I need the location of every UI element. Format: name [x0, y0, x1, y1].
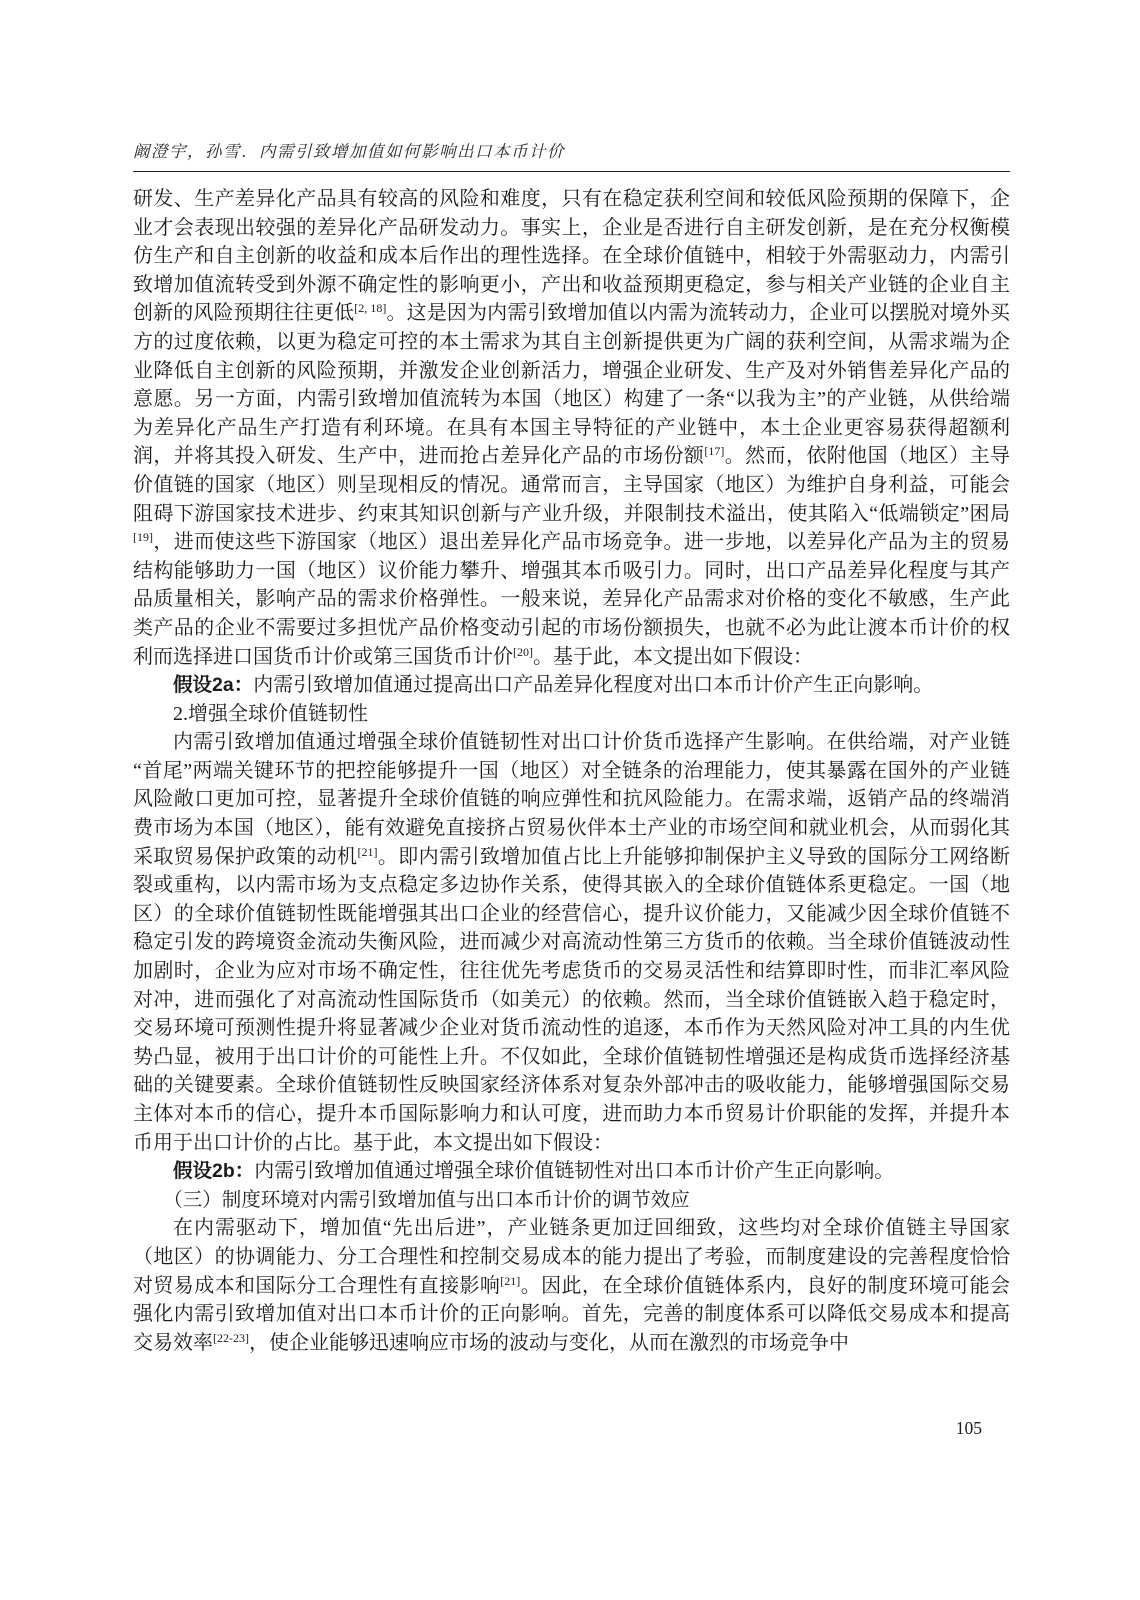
hypothesis-line: 假设2b：内需引致增加值通过增强全球价值链韧性对出口本币计价产生正向影响。: [133, 1157, 1010, 1186]
text-run: 内需引致增加值通过增强全球价值链韧性对出口本币计价产生正向影响。: [254, 1160, 894, 1182]
section-heading: （三）制度环境对内需引致增加值与出口本币计价的调节效应: [133, 1186, 1010, 1215]
citation-ref: [17]: [704, 444, 724, 458]
text-run: 2.增强全球价值链韧性: [173, 703, 368, 725]
paragraph: 内需引致增加值通过增强全球价值链韧性对出口计价货币选择产生影响。在供给端，对产业…: [133, 728, 1010, 1157]
page-number: 105: [956, 1418, 982, 1439]
paragraph: 研发、生产差异化产品具有较高的风险和难度，只有在稳定获利空间和较低风险预期的保障…: [133, 185, 1010, 671]
text-run: 内需引致增加值通过提高出口产品差异化程度对出口本币计价产生正向影响。: [253, 674, 933, 696]
numbered-subheading: 2.增强全球价值链韧性: [133, 700, 1010, 729]
text-run: 。这是因为内需引致增加值以内需为流转动力，企业可以摆脱对境外买方的过度依赖，以更…: [133, 302, 1010, 467]
citation-ref: [22-23]: [213, 1331, 249, 1345]
hypothesis-label: 假设2b：: [173, 1160, 254, 1182]
text-run: （三）制度环境对内需引致增加值与出口本币计价的调节效应: [163, 1189, 690, 1211]
running-head: 阚澄宇，孙雪．内需引致增加值如何影响出口本币计价: [133, 138, 1010, 171]
hypothesis-line: 假设2a：内需引致增加值通过提高出口产品差异化程度对出口本币计价产生正向影响。: [133, 671, 1010, 700]
citation-ref: [21]: [500, 1274, 520, 1288]
hypothesis-label: 假设2a：: [173, 674, 253, 696]
citation-ref: [19]: [133, 530, 153, 544]
citation-ref: [20]: [513, 645, 533, 659]
text-run: 。即内需引致增加值占比上升能够抑制保护主义导致的国际分工网络断裂或重构，以内需市…: [133, 846, 1010, 1154]
paper-page: 阚澄宇，孙雪．内需引致增加值如何影响出口本币计价 研发、生产差异化产品具有较高的…: [0, 0, 1140, 1600]
citation-ref: [2, 18]: [354, 301, 386, 315]
header-rule: [133, 171, 1010, 172]
article-body: 研发、生产差异化产品具有较高的风险和难度，只有在稳定获利空间和较低风险预期的保障…: [133, 185, 1010, 1357]
paragraph: 在内需驱动下，增加值“先出后进”，产业链条更加迂回细致，这些均对全球价值链主导国…: [133, 1214, 1010, 1357]
text-run: 。基于此，本文提出如下假设：: [533, 646, 813, 668]
text-run: ，使企业能够迅速响应市场的波动与变化，从而在激烈的市场竞争中: [249, 1332, 849, 1354]
citation-ref: [21]: [357, 845, 377, 859]
